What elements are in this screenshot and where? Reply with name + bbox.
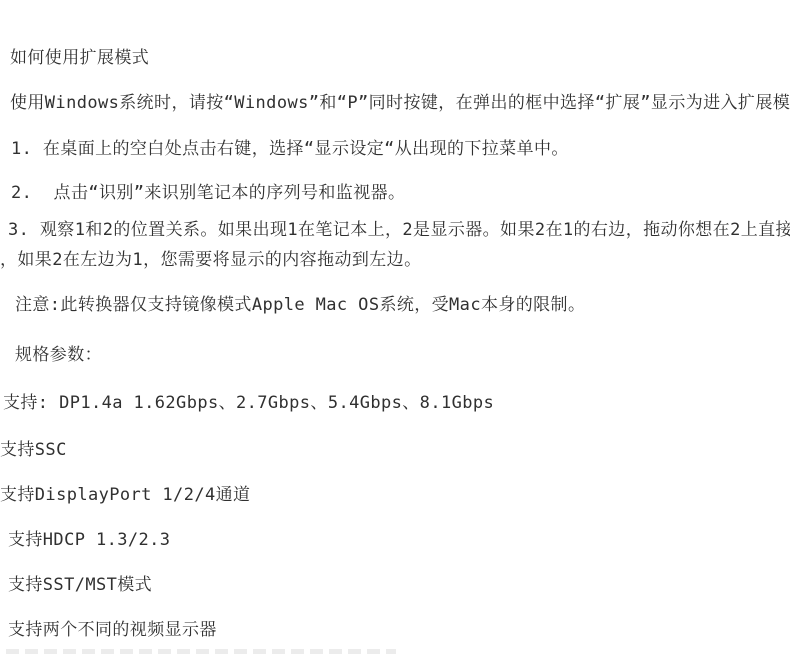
- paragraph-step-3-line-1: 3. 观察1和2的位置关系。如果出现1在笔记本上，2是显示器。如果2在1的右边，…: [8, 219, 790, 241]
- spec-line-sst-mst: 支持SST/MST模式: [8, 574, 152, 596]
- spec-line-hdcp: 支持HDCP 1.3/2.3: [8, 529, 170, 551]
- section-heading-specifications: 规格参数：: [15, 344, 102, 366]
- paragraph-windows-instructions: 使用Windows系统时，请按“Windows”和“P”同时按键，在弹出的框中选…: [10, 92, 790, 114]
- spec-line-ssc: 支持SSC: [0, 439, 67, 461]
- page-title: 如何使用扩展模式: [10, 47, 149, 69]
- paragraph-step-1: 1. 在桌面上的空白处点击右键，选择“显示设定“从出现的下拉菜单中。: [11, 138, 569, 160]
- spec-line-displayport-lanes: 支持DisplayPort 1/2/4通道: [0, 484, 250, 506]
- spec-line-dual-displays: 支持两个不同的视频显示器: [8, 619, 217, 641]
- paragraph-step-3-line-2: ，如果2在左边为1，您需要将显示的内容拖动到左边。: [0, 249, 421, 271]
- paragraph-step-2: 2. 点击“识别”来识别笔记本的序列号和监视器。: [11, 182, 405, 204]
- cutoff-text-sliver: [6, 649, 396, 654]
- paragraph-mac-note: 注意:此转换器仅支持镜像模式Apple Mac OS系统，受Mac本身的限制。: [15, 294, 585, 316]
- spec-line-dp-bandwidth: 支持: DP1.4a 1.62Gbps、2.7Gbps、5.4Gbps、8.1G…: [3, 392, 494, 414]
- document-page: 如何使用扩展模式 使用Windows系统时，请按“Windows”和“P”同时按…: [0, 0, 790, 660]
